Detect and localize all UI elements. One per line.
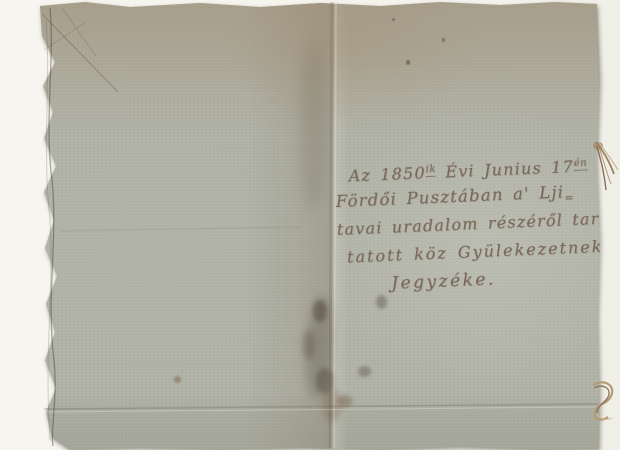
paper-surface: Az 1850ik Évi Junius 17én Fördői Pusztáb… <box>0 0 620 450</box>
fold-corner-stain <box>338 395 352 407</box>
tiny-speck <box>392 18 395 21</box>
superscript-suffix: én <box>574 157 588 171</box>
handwritten-text: Jegyzéke. <box>391 269 496 293</box>
dark-stain <box>316 368 334 394</box>
hyphen-mark: = <box>564 191 575 204</box>
handwritten-text: Az 1850 <box>348 163 426 185</box>
tiny-speck <box>442 38 445 42</box>
paper-sheet: Az 1850ik Évi Junius 17én Fördői Pusztáb… <box>0 0 620 450</box>
handwritten-title-block: Az 1850ik Évi Junius 17én Fördői Pusztáb… <box>334 147 620 299</box>
handwritten-text: tatott köz Gyülekezetnek <box>347 237 604 267</box>
hyphen-mark: = <box>599 217 610 230</box>
fold-streak-stain <box>300 40 326 210</box>
ink-smudge-stain <box>303 294 334 400</box>
small-stain <box>358 366 371 377</box>
dark-stain <box>313 300 327 322</box>
tiny-speck <box>406 60 410 65</box>
fold-corner-stain <box>322 388 342 422</box>
foxing-dot <box>174 376 181 383</box>
scanned-manuscript-page: Az 1850ik Évi Junius 17én Fördői Pusztáb… <box>0 0 620 450</box>
dark-stain <box>303 330 315 360</box>
handwritten-text: Fördői Pusztában a' Lji <box>335 182 564 211</box>
